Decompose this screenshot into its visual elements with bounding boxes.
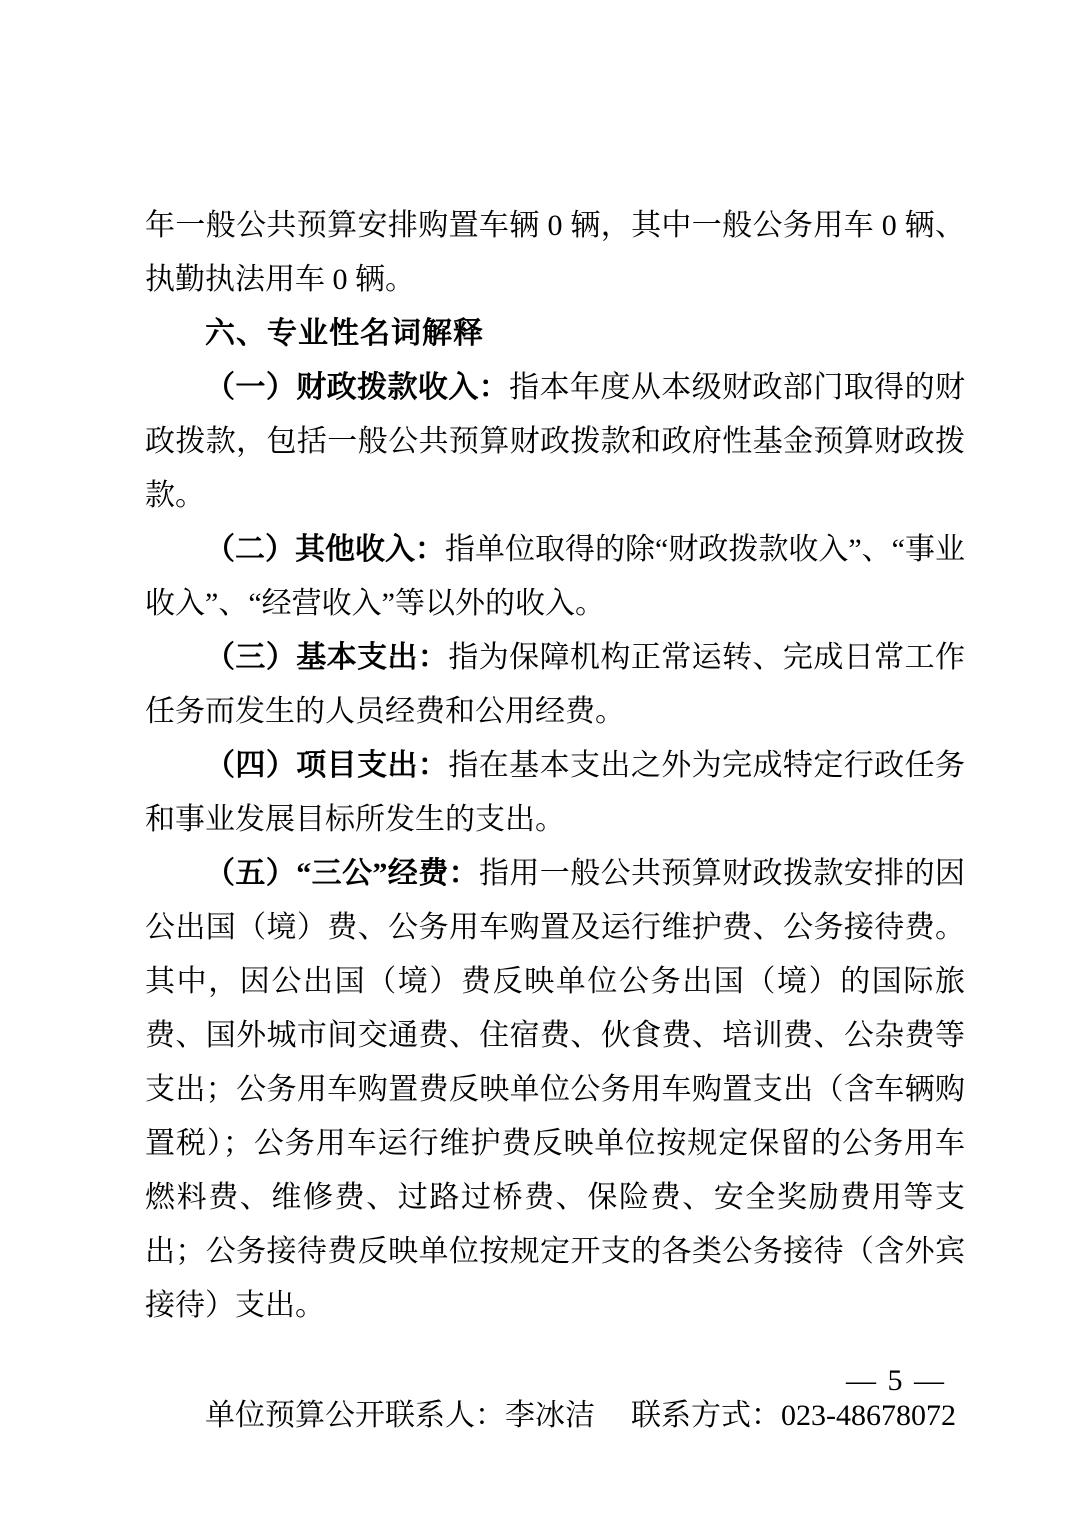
definition-paragraph-5: （五）“三公”经费：指用一般公共预算财政拨款安排的因公出国（境）费、公务用车购置… xyxy=(145,847,965,1333)
definition-label-2: （二）其他收入： xyxy=(205,533,445,566)
contact-method: 联系方式：023-48678072 xyxy=(631,1399,956,1432)
definition-paragraph-3: （三）基本支出：指为保障机构正常运转、完成日常工作任务而发生的人员经费和公用经费… xyxy=(145,631,965,739)
definition-text-5: 指用一般公共预算财政拨款安排的因公出国（境）费、公务用车购置及运行维护费、公务接… xyxy=(145,857,965,1322)
definition-paragraph-1: （一）财政拨款收入：指本年度从本级财政部门取得的财政拨款，包括一般公共预算财政拨… xyxy=(145,361,965,523)
continuation-paragraph: 年一般公共预算安排购置车辆 0 辆，其中一般公务用车 0 辆、执勤执法用车 0 … xyxy=(145,199,965,307)
definition-paragraph-2: （二）其他收入：指单位取得的除“财政拨款收入”、“事业收入”、“经营收入”等以外… xyxy=(145,523,965,631)
page-number: — 5 — xyxy=(846,1362,946,1400)
contact-line: 单位预算公开联系人：李冰洁联系方式：023-48678072 xyxy=(145,1389,965,1443)
document-page: 年一般公共预算安排购置车辆 0 辆，其中一般公务用车 0 辆、执勤执法用车 0 … xyxy=(0,0,1074,1520)
document-body: 年一般公共预算安排购置车辆 0 辆，其中一般公务用车 0 辆、执勤执法用车 0 … xyxy=(145,199,965,1443)
section-heading: 六、专业性名词解释 xyxy=(145,307,965,361)
contact-person: 单位预算公开联系人：李冰洁 xyxy=(205,1399,595,1432)
definition-label-5: （五）“三公”经费： xyxy=(205,857,479,890)
definition-label-1: （一）财政拨款收入： xyxy=(205,371,509,404)
definition-paragraph-4: （四）项目支出：指在基本支出之外为完成特定行政任务和事业发展目标所发生的支出。 xyxy=(145,739,965,847)
definition-label-4: （四）项目支出： xyxy=(205,749,448,782)
definition-label-3: （三）基本支出： xyxy=(205,641,448,674)
